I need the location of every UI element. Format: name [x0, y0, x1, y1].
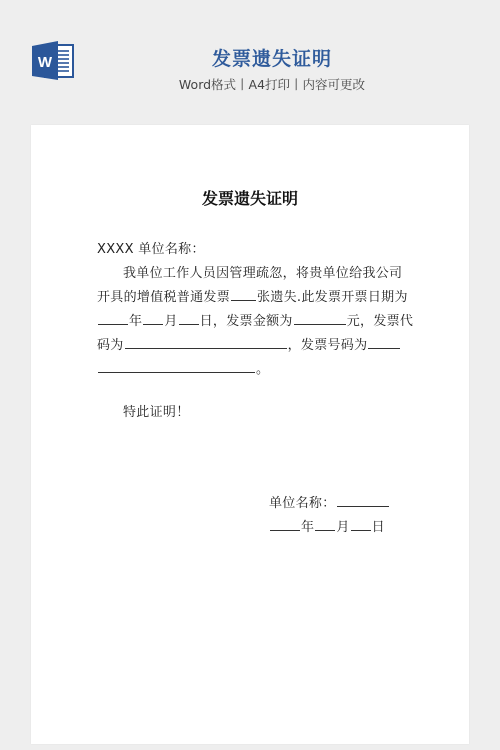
body-line-4: 码为，发票号码为 [97, 334, 401, 353]
document-title: 发票遗失证明 [31, 186, 469, 209]
blank-year[interactable] [98, 313, 128, 325]
page-subtitle: Word格式丨A4打印丨内容可更改 [0, 75, 500, 93]
body-line-1: 我单位工作人员因管理疏忽，将贵单位给我公司 [123, 262, 402, 281]
blank-invoice-number-cont[interactable] [98, 361, 255, 373]
signature-line: 单位名称： [269, 492, 390, 511]
blank-amount[interactable] [294, 313, 346, 325]
body-line-3: 年月日，发票金额为元，发票代 [97, 310, 413, 329]
blank-invoice-code[interactable] [125, 337, 287, 349]
page-title: 发票遗失证明 [0, 44, 500, 71]
blank-month[interactable] [143, 313, 163, 325]
salutation: XXXX 单位名称： [97, 238, 205, 257]
body-line-5: 。 [97, 358, 269, 377]
document-page: 发票遗失证明 XXXX 单位名称： 我单位工作人员因管理疏忽，将贵单位给我公司 … [31, 125, 469, 744]
blank-signature[interactable] [337, 495, 389, 507]
body-line-2: 开具的增值税普通发票张遗失.此发票开票日期为 [97, 286, 408, 305]
blank-count[interactable] [231, 289, 256, 301]
blank-sign-year[interactable] [270, 519, 300, 531]
blank-sign-month[interactable] [315, 519, 335, 531]
blank-invoice-number[interactable] [368, 337, 400, 349]
blank-day[interactable] [179, 313, 199, 325]
date-line: 年月日 [269, 516, 385, 535]
closing: 特此证明！ [123, 401, 190, 420]
blank-sign-day[interactable] [351, 519, 371, 531]
